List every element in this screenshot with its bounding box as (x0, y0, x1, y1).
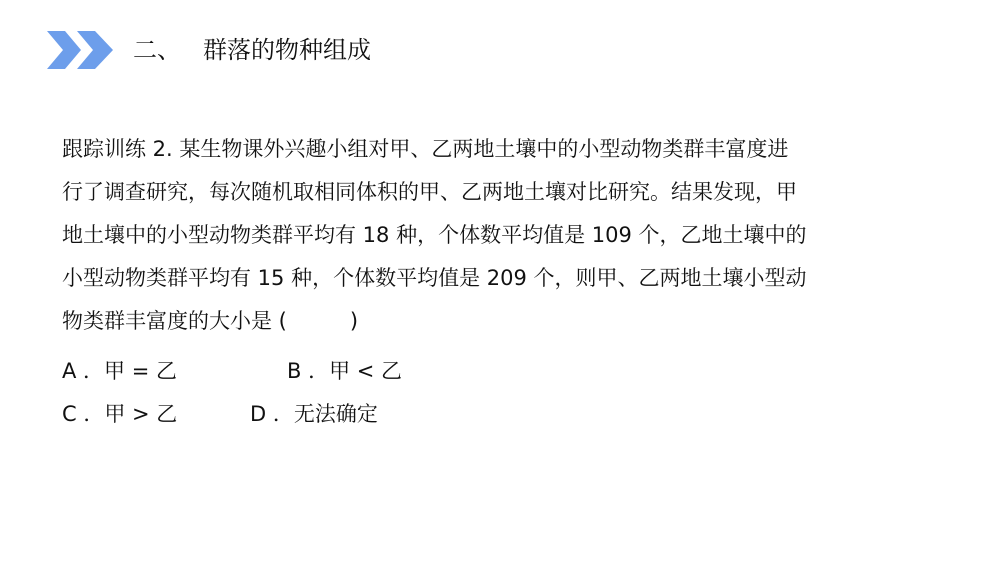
option-c: C ．甲 > 乙 (62, 393, 177, 436)
double-chevron-right-icon (47, 31, 113, 69)
section-title: 二、群落的物种组成 (133, 30, 371, 70)
section-number: 二、 (133, 36, 181, 64)
question-line: 地土壤中的小型动物类群平均有 18 种，个体数平均值是 109 个，乙地土壤中的 (62, 214, 942, 257)
option-b: B ．甲 < 乙 (287, 350, 402, 393)
section-header: 二、群落的物种组成 (47, 30, 371, 70)
question-line: 小型动物类群平均有 15 种，个体数平均值是 209 个，则甲、乙两地土壤小型动 (62, 257, 942, 300)
question-text: 跟踪训练 2. 某生物课外兴趣小组对甲、乙两地土壤中的小型动物类群丰富度进 行了… (62, 128, 942, 343)
question-line: 跟踪训练 2. 某生物课外兴趣小组对甲、乙两地土壤中的小型动物类群丰富度进 (62, 128, 942, 171)
question-line: 物类群丰富度的大小是 ( ) (62, 300, 942, 343)
section-title-text: 群落的物种组成 (203, 36, 371, 64)
option-d: D ．无法确定 (250, 393, 378, 436)
option-a: A ．甲 = 乙 (62, 350, 177, 393)
question-line: 行了调查研究，每次随机取相同体积的甲、乙两地土壤对比研究。结果发现，甲 (62, 171, 942, 214)
